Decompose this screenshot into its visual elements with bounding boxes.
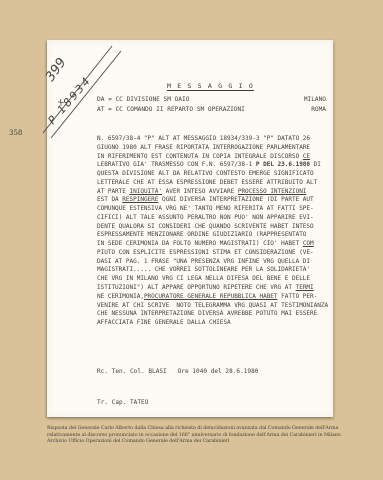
from-city: MILANO [304,95,326,105]
caption: Risposta del Generale Carlo Alberto dall… [47,425,352,445]
message-body-line: COMUNQUE ESTENSIVA VRG NE' TANTO MENO RI… [97,205,331,214]
message-body-line: EST DA RESPINGERE OGNI DIVERSA INTERPRET… [97,196,331,205]
message-body-line: N. 6597/38-4 "P" ALT AT MESSAGGIO 18934/… [97,135,331,144]
from-label: DA = CC DIVISIONE SM OAIO [97,95,189,105]
message-body-line: DENTE QUALORA SI CONSIDERI CHE QUANDO SC… [97,223,331,232]
message-body-line: IN RIFERIMENTO EST CONTENUTA IN COPIA IN… [97,153,331,162]
message-body-line: VENIRE AT CHI SCRIVE NOTO TELEGRAMMA VRG… [97,302,331,311]
book-page-number: 358 [9,129,22,137]
receipt-line: Rc. Ten. Col. BLASI Ore 1040 del 28.6.19… [97,367,258,377]
message-body-line: MAGISTRATI..... CHE VORREI SOTTOLINEARE … [97,266,331,275]
from-line: DA = CC DIVISIONE SM OAIO MILANO [97,95,326,105]
message-body-line: AT PARTE INIQUITA' AVER INTESO AVVIARE P… [97,188,331,197]
message-body-line: CHE NESSUNA INTERPRETAZIONE DIVERSA AVRE… [97,310,331,319]
message-addresses: DA = CC DIVISIONE SM OAIO MILANO AT = CC… [97,95,326,115]
message-body-line: CIFICI) ALT TALE ASSUNTO PERALTRO NON PU… [97,214,331,223]
message-body-line: IN SEDE CERIMONIA DA FOLTO NUMERO MAGIST… [97,240,331,249]
message-body-line: LEBRATIVO GIA' TRASMESSO CON F.N. 6597/3… [97,161,331,170]
message-body-line: CHE VRG IN MILANO VRG CI LEGA NELLA DIFE… [97,275,331,284]
message-body: N. 6597/38-4 "P" ALT AT MESSAGGIO 18934/… [97,135,331,328]
caption-line: Archivio Ufficio Operazioni del Comando … [47,438,352,445]
to-line: AT = CC COMANDO II REPARTO SM OPERAZIONI… [97,105,326,115]
message-body-line: PIUTO CON ESPLICITE ESPRESSIONI STIMA ET… [97,249,331,258]
message-body-line: NE CERIMONIA,PROCURATORE GENERALE REPUBB… [97,293,331,302]
message-title: M E S S A G G I O [167,82,254,90]
transmission-line: Tr. Cap. TATEO [97,398,258,408]
message-body-line: LETTERALE CHE AT ESSA ESPRESSIONE DEBET … [97,179,331,188]
message-body-line: AFFACCIATA FINE GENERALE DALLA CHIESA [97,319,331,328]
message-body-line: DASI AT PAG. 1 FRASE "UNA PRESENZA VRG I… [97,258,331,267]
message-body-line: ESPRESSAMENTE MENZIONARE ORDINE GIUDIZIA… [97,231,331,240]
book-page: 358 399 x P 18934 M E S S A G G I O DA =… [0,0,383,480]
to-label: AT = CC COMANDO II REPARTO SM OPERAZIONI [97,105,245,115]
message-body-line: GIUGNO 1980 ALT FRASE RIPORTATA INTERROG… [97,144,331,153]
message-body-line: QUESTA DIVISIONE ALT DA RELATIVO CONTEST… [97,170,331,179]
message-body-line: ISTITUZIONI") ALT APPARE OPPORTUNO RIPET… [97,284,331,293]
caption-line: Risposta del Generale Carlo Alberto dall… [47,425,352,432]
handwritten-number-top: 399 [43,55,70,84]
telegram-document: 399 x P 18934 M E S S A G G I O DA = CC … [47,40,333,417]
message-footer: Rc. Ten. Col. BLASI Ore 1040 del 28.6.19… [97,347,258,429]
to-city: ROMA [311,105,326,115]
